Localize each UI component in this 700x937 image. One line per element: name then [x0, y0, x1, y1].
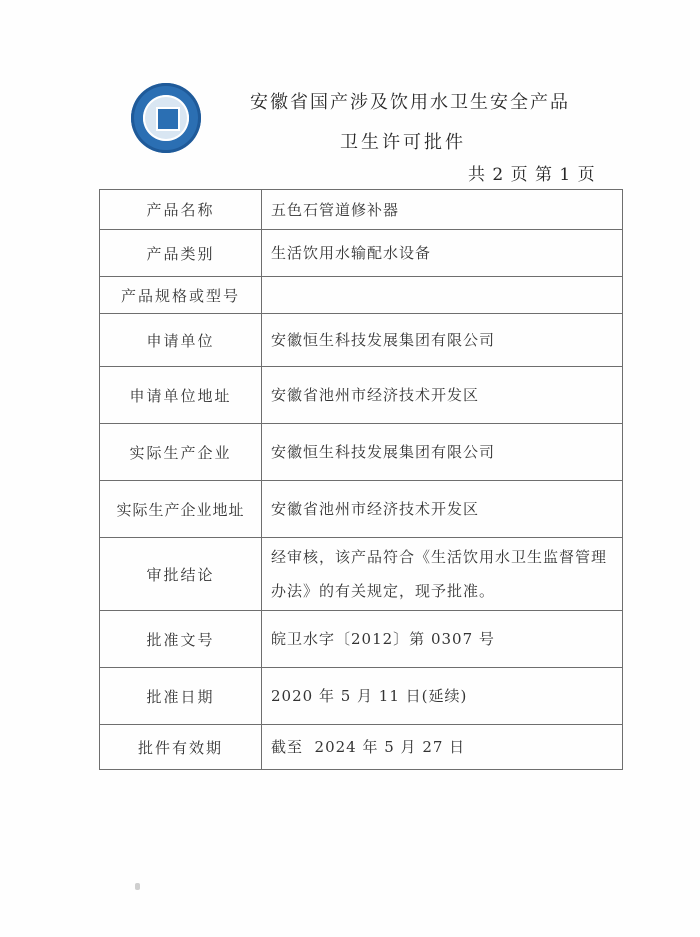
- row-label: 产品规格或型号: [100, 277, 262, 314]
- table-row-validity: 批件有效期 截至 2024 年 5 月 27 日: [100, 725, 623, 770]
- table-row-applicant: 申请单位 安徽恒生科技发展集团有限公司: [100, 314, 623, 367]
- row-label: 实际生产企业: [100, 424, 262, 481]
- row-value: 2020 年 5 月 11 日(延续): [262, 668, 623, 725]
- row-value: 生活饮用水输配水设备: [262, 230, 623, 277]
- row-label: 审批结论: [100, 538, 262, 611]
- table-row-approval-conclusion: 审批结论 经审核，该产品符合《生活饮用水卫生监督管理办法》的有关规定，现予批准。: [100, 538, 623, 611]
- document-subtitle: 卫生许可批件: [340, 128, 466, 154]
- emblem-icon: [131, 83, 201, 153]
- table-row-approval-date: 批准日期 2020 年 5 月 11 日(延续): [100, 668, 623, 725]
- table-row-product-category: 产品类别 生活饮用水输配水设备: [100, 230, 623, 277]
- row-value: 安徽省池州市经济技术开发区: [262, 367, 623, 424]
- row-label: 产品类别: [100, 230, 262, 277]
- permit-table: 产品名称 五色石管道修补器 产品类别 生活饮用水输配水设备 产品规格或型号 申请…: [99, 189, 623, 770]
- table-row-manufacturer: 实际生产企业 安徽恒生科技发展集团有限公司: [100, 424, 623, 481]
- row-label: 实际生产企业地址: [100, 481, 262, 538]
- table-row-manufacturer-address: 实际生产企业地址 安徽省池州市经济技术开发区: [100, 481, 623, 538]
- row-label: 批件有效期: [100, 725, 262, 770]
- row-value: 截至 2024 年 5 月 27 日: [262, 725, 623, 770]
- scan-speck: [135, 883, 140, 890]
- emblem-building-icon: [156, 107, 180, 131]
- row-label: 申请单位: [100, 314, 262, 367]
- row-value: 安徽恒生科技发展集团有限公司: [262, 314, 623, 367]
- row-value: [262, 277, 623, 314]
- page-indicator: 共 2 页 第 1 页: [468, 160, 596, 185]
- row-value: 安徽省池州市经济技术开发区: [262, 481, 623, 538]
- table-row-applicant-address: 申请单位地址 安徽省池州市经济技术开发区: [100, 367, 623, 424]
- row-label: 批准日期: [100, 668, 262, 725]
- table-row-approval-number: 批准文号 皖卫水字〔2012〕第 0307 号: [100, 611, 623, 668]
- table-row-product-model: 产品规格或型号: [100, 277, 623, 314]
- row-label: 申请单位地址: [100, 367, 262, 424]
- row-value: 安徽恒生科技发展集团有限公司: [262, 424, 623, 481]
- document-title: 安徽省国产涉及饮用水卫生安全产品: [250, 88, 570, 114]
- row-value: 经审核，该产品符合《生活饮用水卫生监督管理办法》的有关规定，现予批准。: [262, 538, 623, 611]
- row-label: 产品名称: [100, 190, 262, 230]
- table-row-product-name: 产品名称 五色石管道修补器: [100, 190, 623, 230]
- row-value: 皖卫水字〔2012〕第 0307 号: [262, 611, 623, 668]
- row-value: 五色石管道修补器: [262, 190, 623, 230]
- row-label: 批准文号: [100, 611, 262, 668]
